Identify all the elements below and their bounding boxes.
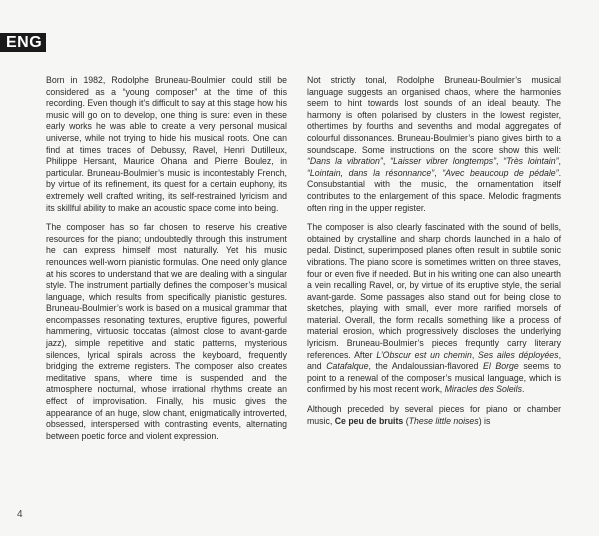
score-instruction: “Lointain, dans la résonnance”	[307, 168, 434, 178]
text: Not strictly tonal, Rodolphe Bruneau-Bou…	[307, 75, 561, 155]
paragraph: Born in 1982, Rodolphe Bruneau-Boulmier …	[46, 75, 287, 214]
paragraph: The composer is also clearly fascinated …	[307, 222, 561, 396]
text: The composer is also clearly fascinated …	[307, 222, 561, 360]
work-title: Catafalque	[326, 361, 368, 371]
text: ,	[559, 156, 561, 166]
paragraph: Not strictly tonal, Rodolphe Bruneau-Bou…	[307, 75, 561, 214]
score-instruction: “Dans la vibration”	[307, 156, 383, 166]
work-title: Ses ailes déployées	[478, 350, 559, 360]
text: , the Andaloussian-flavored	[369, 361, 483, 371]
work-title: Miracles des Soleils	[445, 384, 522, 394]
work-title-bold: Ce peu de bruits	[335, 416, 404, 426]
score-instruction: “Avec beaucoup de pédale”	[442, 168, 558, 178]
paragraph: Although preceded by several pieces for …	[307, 404, 561, 427]
left-column: Born in 1982, Rodolphe Bruneau-Boulmier …	[46, 75, 287, 450]
score-instruction: “Laisser vibrer longtemps”	[390, 156, 496, 166]
work-title: El Borge	[483, 361, 519, 371]
language-tag: ENG	[0, 33, 46, 52]
score-instruction: “Très lointain”	[503, 156, 558, 166]
page-number: 4	[17, 509, 23, 520]
work-title: L’Obscur est un chemin	[376, 350, 471, 360]
paragraph: The composer has so far chosen to reserv…	[46, 222, 287, 442]
translation: These little noises	[409, 416, 479, 426]
text: ,	[434, 168, 442, 178]
text: ,	[383, 156, 390, 166]
text: .	[522, 384, 524, 394]
text: ) is	[479, 416, 491, 426]
right-column: Not strictly tonal, Rodolphe Bruneau-Bou…	[307, 75, 561, 435]
